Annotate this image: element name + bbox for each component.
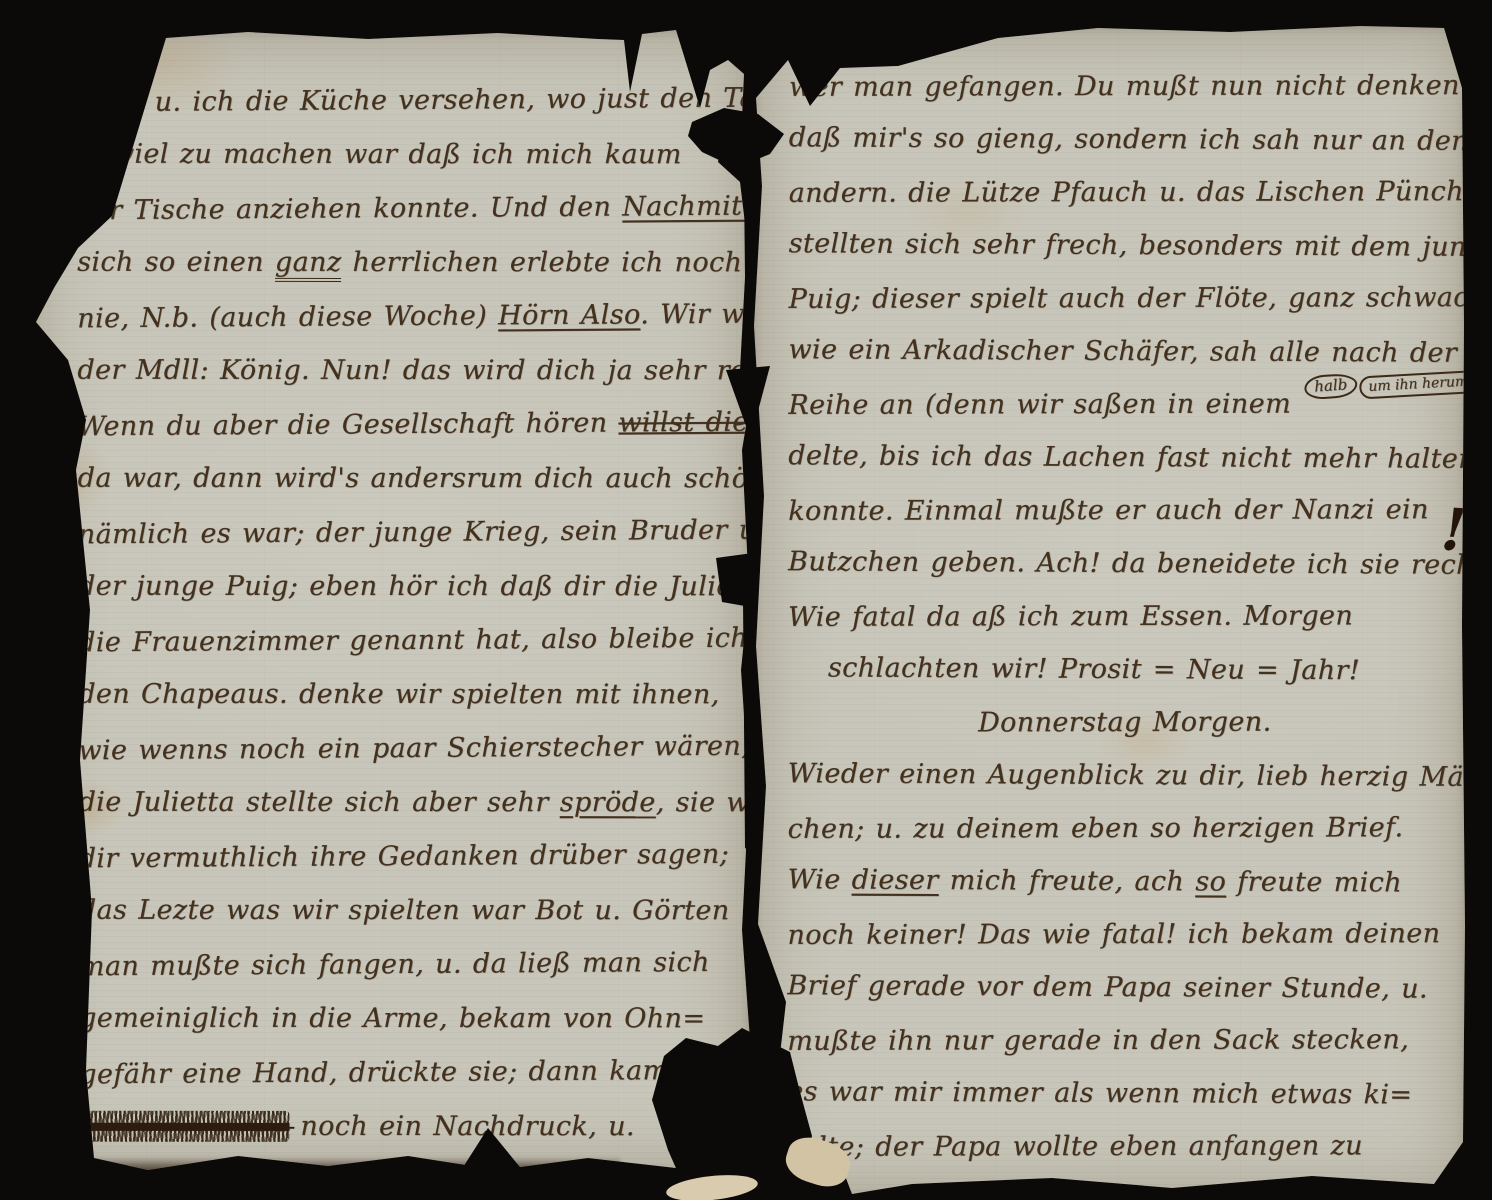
manuscript-line: dir vermuthlich ihre Gedanken drüber sag… — [78, 828, 744, 887]
handwritten-text: Lisel u. ich die Küche versehen, wo just… — [77, 82, 774, 118]
handwritten-text: den Chapeaus. denke wir spielten mit ihn… — [78, 679, 719, 711]
manuscript-line: den Chapeaus. denke wir spielten mit ihn… — [78, 668, 744, 723]
manuscript-line: daß mir's so gieng, sondern ich sah nur … — [789, 111, 1463, 168]
page-left-text: Lisel u. ich die Küche versehen, wo just… — [77, 73, 746, 1155]
manuscript-line: Wieder einen Augenblick zu dir, lieb her… — [788, 747, 1462, 804]
manuscript-line: das Lezte was wir spielten war Bot u. Gö… — [79, 884, 745, 939]
manuscript-line: Brief gerade vor dem Papa seiner Stunde,… — [787, 959, 1461, 1016]
handwritten-text: es war mir immer als wenn mich etwas ki= — [787, 1076, 1412, 1110]
manuscript-line: nämlich es war; der junge Krieg, sein Br… — [78, 504, 744, 563]
manuscript-line: die Julietta stellte sich aber sehr sprö… — [78, 776, 744, 831]
manuscript-line: der Mdll: König. Nun! das wird dich ja s… — [77, 344, 743, 399]
manuscript-line: der junge Puig; eben hör ich daß dir die… — [78, 560, 744, 615]
manuscript-line: noch keiner! Das wie fatal! ich bekam de… — [787, 907, 1461, 962]
handwritten-text: wie wenns noch ein paar Schierstecher wä… — [78, 731, 750, 767]
manuscript-line: sich so einen ganz herrlichen erlebte ic… — [77, 236, 743, 291]
handwritten-text: freute mich — [1226, 867, 1402, 899]
manuscript-line: Lisel u. ich die Küche versehen, wo just… — [76, 72, 742, 131]
manuscript-line: wie wenns noch ein paar Schierstecher wä… — [78, 720, 744, 779]
manuscript-scan: Lisel u. ich die Küche versehen, wo just… — [0, 0, 1492, 1200]
handwritten-text: Reihe an (denn wir saßen in einem — [788, 389, 1302, 421]
manuscript-line: nie, N.b. (auch diese Woche) Hörn Also. … — [77, 288, 743, 347]
handwritten-text: man mußte sich fangen, u. da ließ man si… — [79, 947, 710, 982]
manuscript-line: Donnerstag Morgen. — [788, 695, 1462, 750]
handwritten-text: Wieder einen Augenblick zu dir, lieb her… — [788, 758, 1492, 793]
handwritten-text: die Julietta stellte sich aber sehr — [78, 787, 559, 818]
manuscript-line: Butzchen geben. Ach! da beneidete ich si… — [788, 535, 1462, 592]
handwritten-text: der Mdll: König. Nun! das wird dich ja s… — [77, 355, 815, 387]
crossed-out-word: —————————— — [79, 1111, 289, 1142]
handwritten-text: chen; u. zu deinem eben so herzigen Brie… — [788, 812, 1404, 845]
manuscript-line: delte, bis ich das Lachen fast nicht meh… — [788, 429, 1462, 486]
manuscript-line: gefähr eine Hand, drückte sie; dann kam — [79, 1044, 745, 1103]
handwritten-text: herrlichen erlebte ich noch — [342, 247, 743, 278]
manuscript-line: —————————— noch ein Nachdruck, u. — [79, 1100, 745, 1155]
handwritten-text: das Lezte was wir spielten war Bot u. Gö… — [79, 895, 730, 927]
handwritten-text: die Frauenzimmer genannt hat, also bleib… — [78, 622, 802, 658]
handwritten-text: dir vermuthlich ihre Gedanken drüber sag… — [79, 839, 730, 875]
handwritten-text: der junge Puig; eben hör ich daß dir die… — [78, 571, 772, 603]
manuscript-page-left: Lisel u. ich die Küche versehen, wo just… — [28, 30, 750, 1175]
handwritten-text: schlachten wir! Prosit = Neu = Jahr! — [828, 652, 1360, 686]
handwritten-text: so — [1195, 866, 1226, 897]
manuscript-line: Wie dieser mich freute, ach so freute mi… — [787, 853, 1461, 910]
handwritten-text: Zirkel) u. du= — [1481, 388, 1492, 420]
manuscript-line: zelte; der Papa wollte eben anfangen zu — [787, 1119, 1461, 1174]
handwritten-text: gefähr eine Hand, drückte sie; dann kam — [79, 1055, 669, 1090]
handwritten-text: gemeiniglich in die Arme, bekam von Ohn= — [79, 1003, 705, 1035]
manuscript-line: man mußte sich fangen, u. da ließ man si… — [79, 936, 745, 995]
manuscript-line: die Frauenzimmer genannt hat, also bleib… — [78, 612, 744, 671]
handwritten-text: Butzchen geben. Ach! da beneidete ich si… — [788, 546, 1492, 581]
manuscript-line: Puig; dieser spielt auch der Flöte, ganz… — [788, 271, 1462, 326]
manuscript-line: vor Tische anziehen konnte. Und den Nach… — [77, 180, 743, 239]
manuscript-line: chen; u. zu deinem eben so herzigen Brie… — [788, 801, 1462, 856]
manuscript-line: so viel zu machen war daß ich mich kaum — [77, 128, 743, 183]
manuscript-line: Wenn du aber die Gesellschaft hören will… — [77, 396, 743, 455]
handwritten-text: andern. die Lütze Pfauch u. das Lischen … — [789, 176, 1492, 209]
manuscript-line: wer man gefangen. Du mußt nun nicht denk… — [789, 59, 1463, 114]
manuscript-line: es war mir immer als wenn mich etwas ki= — [787, 1065, 1461, 1122]
handwritten-text: Wie — [787, 864, 851, 895]
handwritten-text: da war, dann wird's andersrum dich auch … — [78, 463, 772, 495]
handwritten-text: Wie fatal da aß ich zum Essen. Morgen — [788, 600, 1353, 632]
handwritten-text: Puig; dieser spielt auch der Flöte, ganz… — [789, 282, 1487, 315]
handwritten-text: wie ein Arkadischer Schäfer, sah alle na… — [788, 334, 1457, 369]
handwritten-text: Brief gerade vor dem Papa seiner Stunde,… — [787, 970, 1428, 1004]
manuscript-page-right: wer man gefangen. Du mußt nun nicht denk… — [752, 26, 1466, 1198]
handwritten-text: Hörn Also — [498, 299, 640, 331]
handwritten-text: konnte. Einmal mußte er auch der Nanzi e… — [788, 494, 1429, 527]
manuscript-line: andern. die Lütze Pfauch u. das Lischen … — [789, 165, 1463, 220]
page-right-text: wer man gefangen. Du mußt nun nicht denk… — [787, 59, 1463, 1173]
manuscript-line: gemeiniglich in die Arme, bekam von Ohn= — [79, 992, 745, 1047]
manuscript-line: konnte. Einmal mußte er auch der Nanzi e… — [788, 483, 1462, 538]
handwritten-text: daß mir's so gieng, sondern ich sah nur … — [789, 122, 1469, 157]
handwritten-text: Wenn du aber die Gesellschaft hören — [77, 408, 618, 443]
handwritten-text: spröde — [560, 787, 656, 818]
handwritten-text: wer man gefangen. Du mußt nun nicht denk… — [789, 70, 1460, 103]
manuscript-line: wie ein Arkadischer Schäfer, sah alle na… — [788, 323, 1462, 380]
handwritten-text: delte, bis ich das Lachen fast nicht meh… — [788, 440, 1476, 475]
handwritten-text: Donnerstag Morgen. — [978, 707, 1272, 739]
handwritten-text: so viel zu machen war daß ich mich kaum — [77, 139, 682, 171]
manuscript-line: da war, dann wird's andersrum dich auch … — [78, 452, 744, 507]
handwritten-text: noch keiner! Das wie fatal! ich bekam de… — [787, 918, 1440, 951]
manuscript-line: mußte ihn nur gerade in den Sack stecken… — [787, 1013, 1461, 1068]
manuscript-line: schlachten wir! Prosit = Neu = Jahr! — [788, 641, 1462, 698]
handwritten-text: sich so einen — [77, 247, 275, 278]
handwritten-text: mußte ihn nur gerade in den Sack stecken… — [787, 1024, 1409, 1057]
handwritten-text: vor Tische anziehen konnte. Und den — [77, 192, 622, 227]
manuscript-line: Reihe an (denn wir saßen in einem halbum… — [788, 377, 1462, 432]
handwritten-text: nie, N.b. (auch diese Woche) — [77, 300, 498, 334]
handwritten-text: mich freute, ach — [939, 865, 1196, 897]
inserted-annotation-halb: halb — [1303, 373, 1358, 401]
handwritten-text: noch ein Nachdruck, u. — [289, 1111, 635, 1142]
handwritten-text: nämlich es war; der junge Krieg, sein Br… — [78, 515, 766, 551]
margin-exclamation-mark: ! — [1439, 495, 1468, 564]
handwritten-text: stellten sich sehr frech, besonders mit … — [789, 228, 1492, 263]
manuscript-line: Wie fatal da aß ich zum Essen. Morgen — [788, 589, 1462, 644]
burnt-bottom-edge — [68, 1157, 620, 1173]
handwritten-text: zelte; der Papa wollte eben anfangen zu — [787, 1130, 1363, 1163]
handwritten-text: dieser — [852, 865, 939, 896]
handwritten-text: ganz — [275, 247, 342, 282]
manuscript-line: stellten sich sehr frech, besonders mit … — [789, 217, 1463, 274]
center-seam-chip — [716, 552, 762, 610]
handwritten-text: willst die — [618, 407, 748, 439]
